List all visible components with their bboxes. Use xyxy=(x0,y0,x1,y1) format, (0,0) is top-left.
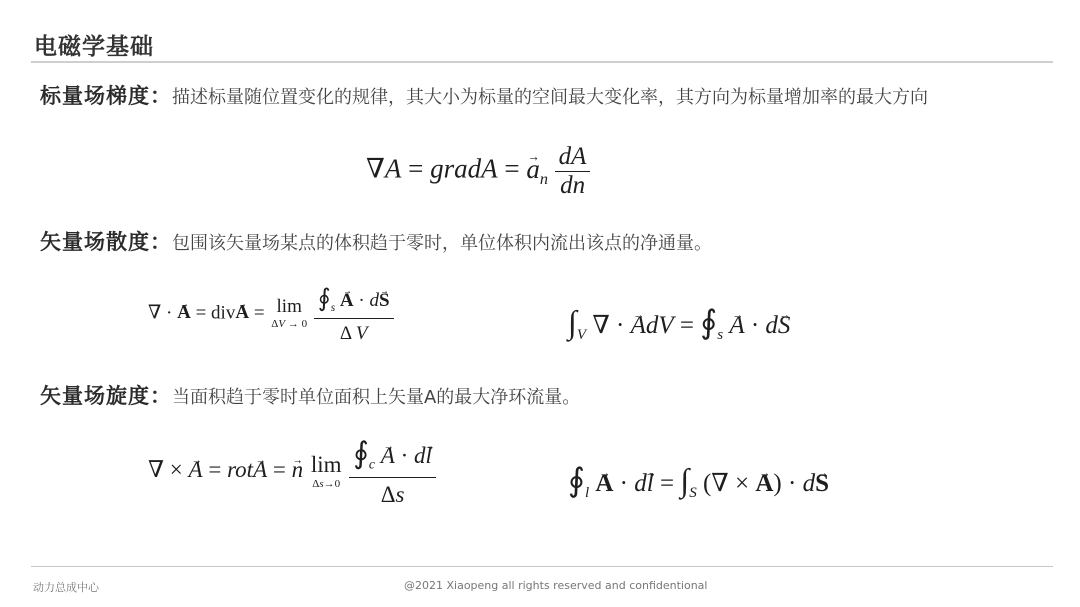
section-body: 描述标量随位置变化的规律，其大小为标量的空间最大变化率，其方向为标量增加率的最大… xyxy=(172,87,928,108)
footer-department: 动力总成中心 xyxy=(33,579,99,595)
section-heading: 矢量场旋度： xyxy=(40,384,172,408)
header-divider xyxy=(31,61,1053,63)
section-body: 包围该矢量场某点的体积趋于零时，单位体积内流出该点的净通量。 xyxy=(172,233,712,254)
section-heading: 标量场梯度： xyxy=(40,84,172,108)
formula-gradient: ∇A = gradA = an dAdn xyxy=(366,143,590,200)
footer-copyright: @2021 Xiaopeng all rights reserved and c… xyxy=(404,579,707,592)
section-curl: 矢量场旋度：当面积趋于零时单位面积上矢量A的最大净环流量。 xyxy=(40,383,1020,411)
section-body: 当面积趋于零时单位面积上矢量A的最大净环流量。 xyxy=(172,387,580,408)
section-gradient: 标量场梯度：描述标量随位置变化的规律，其大小为标量的空间最大变化率，其方向为标量… xyxy=(40,83,1020,111)
section-divergence: 矢量场散度：包围该矢量场某点的体积趋于零时，单位体积内流出该点的净通量。 xyxy=(40,229,1020,257)
formula-stokes-theorem: ∮l A · dl = ∫S (∇ × A) · dS xyxy=(568,461,829,502)
formula-curl-def: ∇ × A = rotA = n limΔs→0 ∮c A · dlΔs xyxy=(148,436,436,508)
section-heading: 矢量场散度： xyxy=(40,230,172,254)
footer-divider xyxy=(31,566,1053,567)
page-title: 电磁学基础 xyxy=(34,28,154,61)
formula-divergence-def: ∇ · A = divA = limΔV → 0 ∮s A · dSΔ V xyxy=(148,283,394,345)
formula-divergence-theorem: ∫V ∇ · AdV = ∮s A · dS xyxy=(568,303,790,344)
